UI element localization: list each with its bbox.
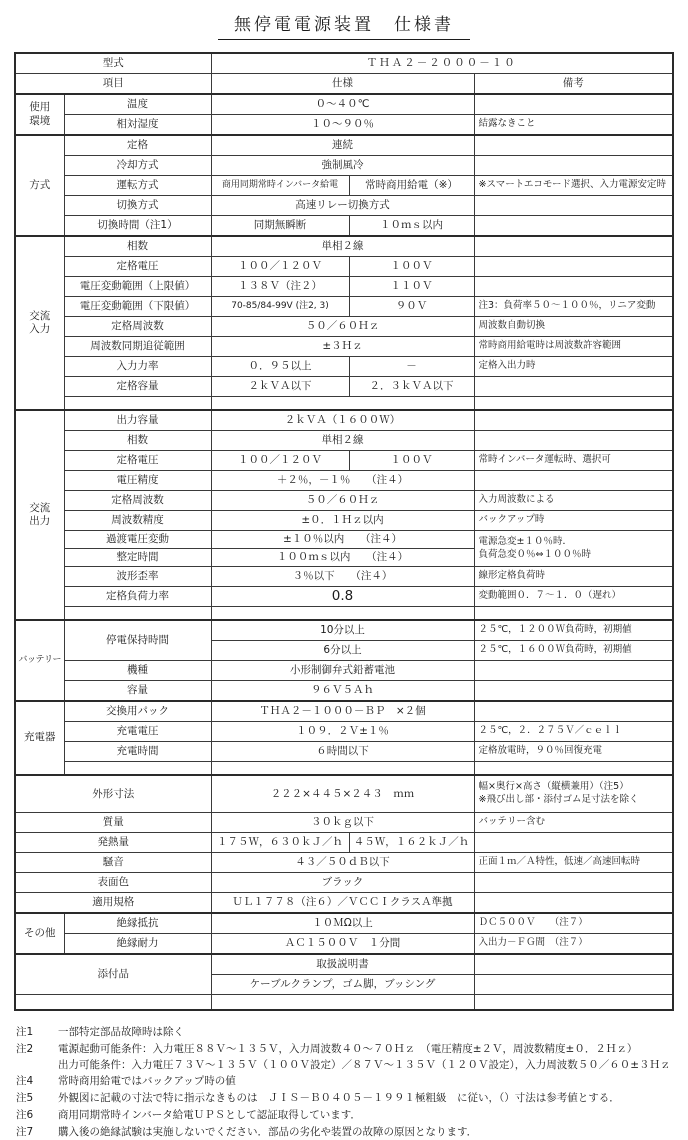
spec-cell: 0.8 [211,587,474,607]
note-cell: 常時インバータ運転時、選択可 [474,451,673,471]
note-cell: バックアップ時 [474,511,673,531]
note-cell: 結露なきこと [474,115,673,136]
spec-cell: １０～９０％ [211,115,474,136]
note-cell: ２５℃，１６００Ｗ負荷時，初期値 [474,641,673,661]
item-cell: 容量 [64,681,211,702]
spec-cell-b: １０ｍｓ以内 [349,216,474,237]
spec-cell-a: 商用同期常時インバータ給電 [211,176,349,196]
note-cell [474,236,673,257]
item-cell: 機種 [64,661,211,681]
note-cell: 電源急変±１０％時． 負荷急変０％⇔１００％時 [474,531,673,567]
note-cell: 変動範囲０．７～１．０（遅れ） [474,587,673,607]
note-cell [474,216,673,237]
table-row: 交流 出力 出力容量 ２ｋＶＡ（１６００Ｗ） [15,410,673,431]
spec-cell-b: － [349,357,474,377]
table-row: 周波数同期追従範囲 ±３Ｈｚ 常時商用給電時は周波数許容範囲 [15,337,673,357]
note-cell [474,893,673,914]
table-row: 定格周波数 ５０／６０Ｈｚ 入力周波数による [15,491,673,511]
footnote-line: 注1 一部特定部品故障時は除く [16,1025,688,1041]
note-cell [474,681,673,702]
table-row: 切換方式 高速リレー切換方式 [15,196,673,216]
spec-cell: 強制風冷 [211,156,474,176]
note-cell [474,661,673,681]
note-cell: 正面１ｍ／Ａ特性，低速／高速回転時 [474,853,673,873]
item-cell: 波形歪率 [64,567,211,587]
spec-cell: ±３Ｈｚ [211,337,474,357]
table-row: 相対湿度 １０～９０％ 結露なきこと [15,115,673,136]
footnote-text: 購入後の絶縁試験は実施しないでください．部品の劣化や装置の故障の原因となります． [58,1125,688,1140]
table-row: 項目 仕様 備考 [15,74,673,95]
spec-cell-b: 常時商用給電（※） [349,176,474,196]
footnote-text: 常時商用給電ではバックアップ時の値 [58,1074,688,1090]
spec-cell-a: 同期無瞬断 [211,216,349,237]
group-cell: 使用 環境 [15,94,64,135]
item-cell: 冷却方式 [64,156,211,176]
note-cell: 線形定格負荷時 [474,567,673,587]
spec-cell: ±０．１Ｈｚ以内 [211,511,474,531]
note-cell: 注3：負荷率５０～１００％，リニア変動 [474,297,673,317]
note-cell [474,277,673,297]
table-row: 過渡電圧変動 ±１０％以内 （注４） 電源急変±１０％時． 負荷急変０％⇔１００… [15,531,673,549]
note-cell: ※スマートエコモード選択、入力電源安定時 [474,176,673,196]
item-cell: 整定時間 [64,549,211,567]
item-cell: 切換時間（注1） [64,216,211,237]
spec-cell: ＡＣ１５００Ｖ １分間 [211,934,474,955]
spec-cell: １０９．２Ｖ±１％ [211,722,474,742]
table-row [15,607,673,621]
item-cell: 表面色 [15,873,211,893]
spec-cell: 連続 [211,135,474,156]
spec-cell-a: ０．９５以上 [211,357,349,377]
footnote-number: 注6 [16,1108,58,1124]
item-cell: 過渡電圧変動 [64,531,211,549]
note-header-cell: 備考 [474,74,673,95]
table-row: 充電時間 ６時間以下 定格放電時，９０％回復充電 [15,742,673,762]
empty-cell [64,397,211,411]
table-row: 定格周波数 ５０／６０Ｈｚ 周波数自動切換 [15,317,673,337]
spec-cell: １０ＭΩ以上 [211,913,474,934]
table-row: 交流 入力 相数 単相２線 [15,236,673,257]
note-cell: 定格放電時，９０％回復充電 [474,742,673,762]
footnote-number: 注5 [16,1091,58,1107]
spec-cell: 取扱説明書 [211,954,474,975]
note-cell [474,833,673,853]
spec-cell: ２２２×４４５×２４３ ｍｍ [211,775,474,813]
footnote-line: 注2 電源起動可能条件：入力電圧８８Ｖ～１３５Ｖ，入力周波数４０～７０Ｈｚ （電… [16,1042,688,1074]
item-cell: 周波数同期追従範囲 [64,337,211,357]
empty-cell [211,762,474,776]
note-cell [474,471,673,491]
note-cell: 周波数自動切換 [474,317,673,337]
note-cell [474,954,673,975]
item-cell: 相数 [64,431,211,451]
spec-cell: 10分以上 [211,620,474,641]
item-cell: 相数 [64,236,211,257]
spec-cell: ２ｋＶＡ（１６００Ｗ） [211,410,474,431]
table-row: 外形寸法 ２２２×４４５×２４３ ｍｍ 幅×奥行×高さ（縦横兼用）（注5） ※飛… [15,775,673,813]
spec-cell: １００ｍｓ以内 （注４） [211,549,474,567]
empty-cell [211,995,474,1011]
table-row: 方式 定格 連続 [15,135,673,156]
group-cell: その他 [15,913,64,954]
note-cell: 入出力－ＦＧ間 （注７） [474,934,673,955]
table-row: 運転方式 商用同期常時インバータ給電 常時商用給電（※） ※スマートエコモード選… [15,176,673,196]
table-row: 入力力率 ０．９５以上 － 定格入出力時 [15,357,673,377]
table-row: 適用規格 ＵＬ１７７８（注６）／ＶＣＣＩクラスＡ準拠 [15,893,673,914]
table-row: バッテリー 停電保持時間 10分以上 ２５℃，１２００Ｗ負荷時，初期値 [15,620,673,641]
table-row: 切換時間（注1） 同期無瞬断 １０ｍｓ以内 [15,216,673,237]
table-row: 定格負荷力率 0.8 変動範囲０．７～１．０（遅れ） [15,587,673,607]
note-cell [474,975,673,995]
footnote-number: 注1 [16,1025,58,1041]
table-row: 相数 単相２線 [15,431,673,451]
table-row: 添付品 取扱説明書 [15,954,673,975]
item-cell: 定格容量 [64,377,211,397]
table-row: 使用 環境 温度 ０～４０℃ [15,94,673,115]
spec-cell: ４３／５０ｄＢ以下 [211,853,474,873]
empty-cell [211,607,474,621]
note-cell [474,156,673,176]
item-cell: 定格電圧 [64,257,211,277]
footnote-text: 外観図に記載の寸法で特に指示なきものは ＪＩＳ－Ｂ０４０５－１９９１極粗級 に従… [58,1091,688,1107]
table-row: 定格電圧 １００／１２０Ｖ １００Ｖ [15,257,673,277]
table-row: 機種 小形制御弁式鉛蓄電池 [15,661,673,681]
item-cell: 外形寸法 [15,775,211,813]
spec-cell: ブラック [211,873,474,893]
group-cell: 交流 出力 [15,410,64,620]
note-cell [474,431,673,451]
item-cell: 定格 [64,135,211,156]
footnote-text: 商用同期常時インバータ給電ＵＰＳとして認証取得しています． [58,1108,688,1124]
table-row: 騒音 ４３／５０ｄＢ以下 正面１ｍ／Ａ特性，低速／高速回転時 [15,853,673,873]
item-cell: 運転方式 [64,176,211,196]
note-cell: 定格入出力時 [474,357,673,377]
spec-cell-a: 70-85/84-99V (注2, 3) [211,297,349,317]
note-cell [474,196,673,216]
group-cell: 方式 [15,135,64,236]
table-row: 充電器 交換用パック ＴＨＡ２－１０００－ＢＰ ×２個 [15,701,673,722]
item-cell: 適用規格 [15,893,211,914]
item-cell: 切換方式 [64,196,211,216]
page-title: 無停電電源装置 仕様書 [0,0,688,40]
spec-cell-a: １３８Ｖ（注２） [211,277,349,297]
note-cell: ２５℃，２．２７５Ｖ／ｃｅｌｌ [474,722,673,742]
footnote-text: 電源起動可能条件：入力電圧８８Ｖ～１３５Ｖ，入力周波数４０～７０Ｈｚ （電圧精度… [58,1042,688,1074]
spec-cell: ９６Ｖ５Ａｈ [211,681,474,702]
footnote-number: 注2 [16,1042,58,1074]
table-row: 電圧変動範囲（下限値） 70-85/84-99V (注2, 3) ９０Ｖ 注3：… [15,297,673,317]
footnote-number: 注7 [16,1125,58,1140]
note-cell [474,135,673,156]
note-cell [474,94,673,115]
item-cell: 絶縁耐力 [64,934,211,955]
footnote-line: 注7 購入後の絶縁試験は実施しないでください．部品の劣化や装置の故障の原因となり… [16,1125,688,1140]
table-row: 冷却方式 強制風冷 [15,156,673,176]
item-cell: 定格負荷力率 [64,587,211,607]
spec-cell-a: １７５Ｗ，６３０ｋＪ／ｈ [211,833,349,853]
model-label-cell: 型式 [15,53,211,74]
note-cell [474,701,673,722]
table-row [15,762,673,776]
empty-cell [474,397,673,411]
empty-cell [15,995,211,1011]
item-cell: 電圧精度 [64,471,211,491]
footnotes: 注1 一部特定部品故障時は除く 注2 電源起動可能条件：入力電圧８８Ｖ～１３５Ｖ… [16,1025,688,1140]
table-row: 電圧変動範囲（上限値） １３８Ｖ（注２） １１０Ｖ [15,277,673,297]
note-cell [474,377,673,397]
spec-cell: 小形制御弁式鉛蓄電池 [211,661,474,681]
item-cell: 質量 [15,813,211,833]
footnote-text: 一部特定部品故障時は除く [58,1025,688,1041]
item-cell: 騒音 [15,853,211,873]
spec-cell-a: ２ｋＶＡ以下 [211,377,349,397]
item-cell: 添付品 [15,954,211,995]
page-title-text: 無停電電源装置 仕様書 [218,10,470,40]
item-cell: 充電電圧 [64,722,211,742]
group-cell: 交流 入力 [15,236,64,410]
spec-cell: 高速リレー切換方式 [211,196,474,216]
empty-cell [474,607,673,621]
spec-cell: ６時間以下 [211,742,474,762]
spec-cell-a: １００／１２０Ｖ [211,257,349,277]
item-cell: 停電保持時間 [64,620,211,661]
note-cell: ＤＣ５００Ｖ （注７） [474,913,673,934]
group-cell: バッテリー [15,620,64,701]
note-cell [474,257,673,277]
spec-cell-b: １００Ｖ [349,451,474,471]
item-cell: 定格電圧 [64,451,211,471]
table-row: 波形歪率 ３％以下 （注４） 線形定格負荷時 [15,567,673,587]
spec-cell: ３％以下 （注４） [211,567,474,587]
item-cell: 定格周波数 [64,491,211,511]
item-cell: 相対湿度 [64,115,211,136]
table-row: 充電電圧 １０９．２Ｖ±１％ ２５℃，２．２７５Ｖ／ｃｅｌｌ [15,722,673,742]
item-cell: 出力容量 [64,410,211,431]
spec-table: 型式 ＴＨＡ２－２０００－１０ 項目 仕様 備考 使用 環境 温度 ０～４０℃ … [14,52,674,1011]
empty-cell [474,995,673,1011]
group-cell: 充電器 [15,701,64,775]
empty-cell [474,762,673,776]
item-cell: 電圧変動範囲（上限値） [64,277,211,297]
spec-cell: 単相２線 [211,236,474,257]
spec-cell: ＵＬ１７７８（注６）／ＶＣＣＩクラスＡ準拠 [211,893,474,914]
table-row: 周波数精度 ±０．１Ｈｚ以内 バックアップ時 [15,511,673,531]
table-row [15,397,673,411]
table-row: 表面色 ブラック [15,873,673,893]
item-cell: 電圧変動範囲（下限値） [64,297,211,317]
spec-cell: ±１０％以内 （注４） [211,531,474,549]
spec-cell-a: １００／１２０Ｖ [211,451,349,471]
item-cell: 入力力率 [64,357,211,377]
table-row: その他 絶縁抵抗 １０ＭΩ以上 ＤＣ５００Ｖ （注７） [15,913,673,934]
spec-cell: ケーブルクランプ，ゴム脚，ブッシング [211,975,474,995]
spec-cell-b: ２．３ｋＶＡ以下 [349,377,474,397]
item-cell: 定格周波数 [64,317,211,337]
item-cell: 絶縁抵抗 [64,913,211,934]
spec-cell-b: ９０Ｖ [349,297,474,317]
footnote-number: 注4 [16,1074,58,1090]
empty-cell [64,607,211,621]
table-row: 電圧精度 ＋２％，－１％ （注４） [15,471,673,491]
item-cell: 温度 [64,94,211,115]
footnote-line: 注5 外観図に記載の寸法で特に指示なきものは ＪＩＳ－Ｂ０４０５－１９９１極粗級… [16,1091,688,1107]
spec-cell-b: ４５Ｗ，１６２ｋＪ／ｈ [349,833,474,853]
spec-cell: ３０ｋｇ以下 [211,813,474,833]
spec-cell-b: １１０Ｖ [349,277,474,297]
table-row: 発熱量 １７５Ｗ，６３０ｋＪ／ｈ ４５Ｗ，１６２ｋＪ／ｈ [15,833,673,853]
table-row: 定格容量 ２ｋＶＡ以下 ２．３ｋＶＡ以下 [15,377,673,397]
note-cell [474,410,673,431]
table-row: 質量 ３０ｋｇ以下 バッテリー含む [15,813,673,833]
note-cell: バッテリー含む [474,813,673,833]
model-value-cell: ＴＨＡ２－２０００－１０ [211,53,673,74]
footnote-line: 注4 常時商用給電ではバックアップ時の値 [16,1074,688,1090]
spec-cell: ０～４０℃ [211,94,474,115]
spec-cell-b: １００Ｖ [349,257,474,277]
note-cell: ２５℃，１２００Ｗ負荷時，初期値 [474,620,673,641]
spec-cell: ＋２％，－１％ （注４） [211,471,474,491]
note-cell [474,873,673,893]
empty-cell [211,397,474,411]
empty-cell [64,762,211,776]
table-row: 絶縁耐力 ＡＣ１５００Ｖ １分間 入出力－ＦＧ間 （注７） [15,934,673,955]
item-cell: 発熱量 [15,833,211,853]
spec-cell: ５０／６０Ｈｚ [211,317,474,337]
table-row: 容量 ９６Ｖ５Ａｈ [15,681,673,702]
table-row: 型式 ＴＨＡ２－２０００－１０ [15,53,673,74]
spec-cell: 単相２線 [211,431,474,451]
item-cell: 周波数精度 [64,511,211,531]
item-header-cell: 項目 [15,74,211,95]
note-cell: 常時商用給電時は周波数許容範囲 [474,337,673,357]
spec-cell: ５０／６０Ｈｚ [211,491,474,511]
table-row: 定格電圧 １００／１２０Ｖ １００Ｖ 常時インバータ運転時、選択可 [15,451,673,471]
item-cell: 交換用パック [64,701,211,722]
footnote-line: 注6 商用同期常時インバータ給電ＵＰＳとして認証取得しています． [16,1108,688,1124]
note-cell: 幅×奥行×高さ（縦横兼用）（注5） ※飛び出し部・添付ゴム足寸法を除く [474,775,673,813]
spec-cell: ＴＨＡ２－１０００－ＢＰ ×２個 [211,701,474,722]
spec-cell: 6分以上 [211,641,474,661]
spec-header-cell: 仕様 [211,74,474,95]
table-row [15,995,673,1011]
item-cell: 充電時間 [64,742,211,762]
note-cell: 入力周波数による [474,491,673,511]
